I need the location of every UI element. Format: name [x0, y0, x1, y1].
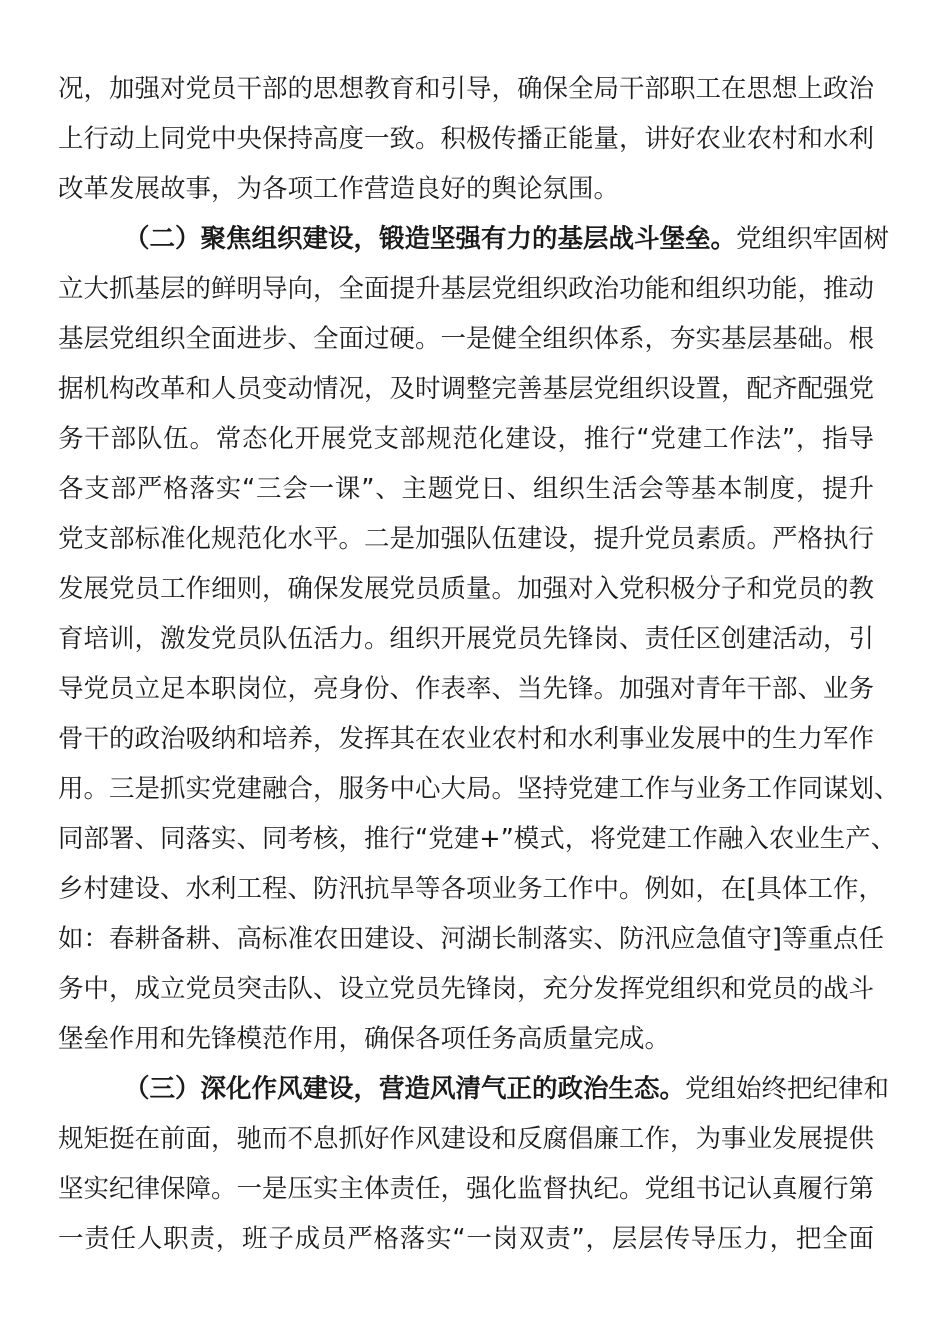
paragraph-3: （三）深化作风建设，营造风清气正的政治生态。党组始终把纪律和 规矩挺在前面，驰而…	[58, 1064, 874, 1264]
text-line: 同部署、同落实、同考核，推行“党建+”模式，将党建工作融入农业生产、	[58, 814, 874, 864]
heading-line-rest: 党组始终把纪律和	[685, 1074, 889, 1104]
heading-line: （二）聚焦组织建设，锻造坚强有力的基层战斗堡垒。党组织牢固树	[58, 214, 874, 264]
text-line: 一责任人职责，班子成员严格落实“一岗双责”，层层传导压力，把全面	[58, 1214, 874, 1264]
section-heading-2: （二）聚焦组织建设，锻造坚强有力的基层战斗堡垒。	[124, 224, 736, 254]
paragraph-2: （二）聚焦组织建设，锻造坚强有力的基层战斗堡垒。党组织牢固树 立大抓基层的鲜明导…	[58, 214, 874, 1064]
text-line: 导党员立足本职岗位，亮身份、作表率、当先锋。加强对青年干部、业务	[58, 664, 874, 714]
text-line: 用。三是抓实党建融合，服务中心大局。坚持党建工作与业务工作同谋划、	[58, 764, 874, 814]
text-line: 党支部标准化规范化水平。二是加强队伍建设，提升党员素质。严格执行	[58, 514, 874, 564]
section-heading-3: （三）深化作风建设，营造风清气正的政治生态。	[124, 1074, 685, 1104]
text-line: 各支部严格落实“三会一课”、主题党日、组织生活会等基本制度，提升	[58, 464, 874, 514]
text-line: 坚实纪律保障。一是压实主体责任，强化监督执纪。党组书记认真履行第	[58, 1164, 874, 1214]
text-line: 上行动上同党中央保持高度一致。积极传播正能量，讲好农业农村和水利	[58, 114, 874, 164]
text-line: 改革发展故事，为各项工作营造良好的舆论氛围。	[58, 164, 874, 214]
text-line: 基层党组织全面进步、全面过硬。一是健全组织体系，夯实基层基础。根	[58, 314, 874, 364]
document-page: 况，加强对党员干部的思想教育和引导，确保全局干部职工在思想上政治 上行动上同党中…	[58, 64, 874, 1264]
text-line: 堡垒作用和先锋模范作用，确保各项任务高质量完成。	[58, 1014, 874, 1064]
text-line: 务中，成立党员突击队、设立党员先锋岗，充分发挥党组织和党员的战斗	[58, 964, 874, 1014]
text-line: 如：春耕备耕、高标准农田建设、河湖长制落实、防汛应急值守]等重点任	[58, 914, 874, 964]
text-line: 况，加强对党员干部的思想教育和引导，确保全局干部职工在思想上政治	[58, 64, 874, 114]
text-line: 骨干的政治吸纳和培养，发挥其在农业农村和水利事业发展中的生力军作	[58, 714, 874, 764]
text-line: 育培训，激发党员队伍活力。组织开展党员先锋岗、责任区创建活动，引	[58, 614, 874, 664]
text-line: 据机构改革和人员变动情况，及时调整完善基层党组织设置，配齐配强党	[58, 364, 874, 414]
text-line: 发展党员工作细则，确保发展党员质量。加强对入党积极分子和党员的教	[58, 564, 874, 614]
text-line: 规矩挺在前面，驰而不息抓好作风建设和反腐倡廉工作，为事业发展提供	[58, 1114, 874, 1164]
heading-line-rest: 党组织牢固树	[736, 224, 889, 254]
text-line: 立大抓基层的鲜明导向，全面提升基层党组织政治功能和组织功能，推动	[58, 264, 874, 314]
heading-line: （三）深化作风建设，营造风清气正的政治生态。党组始终把纪律和	[58, 1064, 874, 1114]
paragraph-1: 况，加强对党员干部的思想教育和引导，确保全局干部职工在思想上政治 上行动上同党中…	[58, 64, 874, 214]
text-line: 务干部队伍。常态化开展党支部规范化建设，推行“党建工作法”，指导	[58, 414, 874, 464]
text-line: 乡村建设、水利工程、防汛抗旱等各项业务工作中。例如，在[具体工作，	[58, 864, 874, 914]
